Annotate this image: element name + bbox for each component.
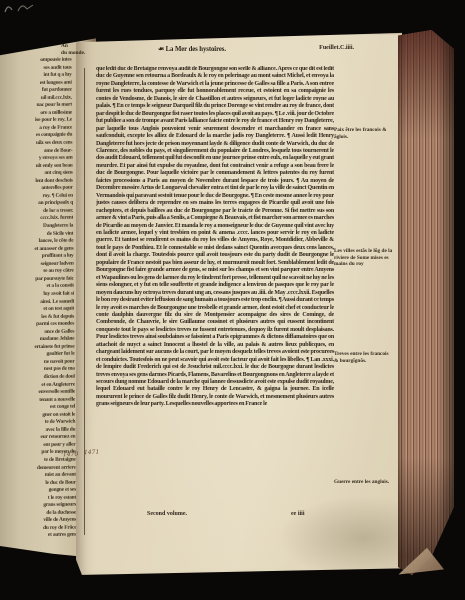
fleuron-icon: ☙ [158, 46, 164, 53]
chalk-mark [2, 0, 46, 16]
facing-page-line: uilz ses deux cens [0, 140, 72, 148]
margin-note-villes: Les villes estãs le lõg de la riviere de… [334, 248, 394, 268]
margin-heading-line2: du monde. [61, 50, 101, 57]
folio-number: Fueillet.C.iiii. [298, 45, 354, 51]
volume-signature: Second volume. [147, 511, 187, 517]
margin-note-guerre: Guerre entre les anglois. [334, 479, 394, 486]
margin-note-paix: Paix ẽtre les francois & ãglois. [334, 127, 394, 140]
book-fore-edge [398, 30, 454, 578]
margin-rule [84, 68, 85, 535]
facing-page-text-fragments: ompousie intesses audit tousint fut q a … [0, 57, 77, 542]
running-title-text: La Mer des hystoires. [166, 46, 226, 53]
margin-heading-line1: An [61, 43, 101, 50]
handwritten-year-1470: 1470 [63, 451, 79, 459]
gathering-signature: ee iiii [291, 511, 305, 517]
margin-note-treves: Treves entre les francois & bourgĩgnõs. [334, 351, 394, 364]
book-photograph: ompousie intesses audit tousint fut q a … [0, 0, 465, 600]
handwritten-year-1471: 1471 [84, 449, 100, 457]
running-title: ☙ La Mer des hystoires. [158, 45, 226, 53]
margin-heading: An du monde. [61, 43, 101, 57]
body-text: que ledit duc de Bretaigne renvoya audit… [96, 66, 334, 512]
facing-page-line: et autres gens [2, 532, 76, 540]
